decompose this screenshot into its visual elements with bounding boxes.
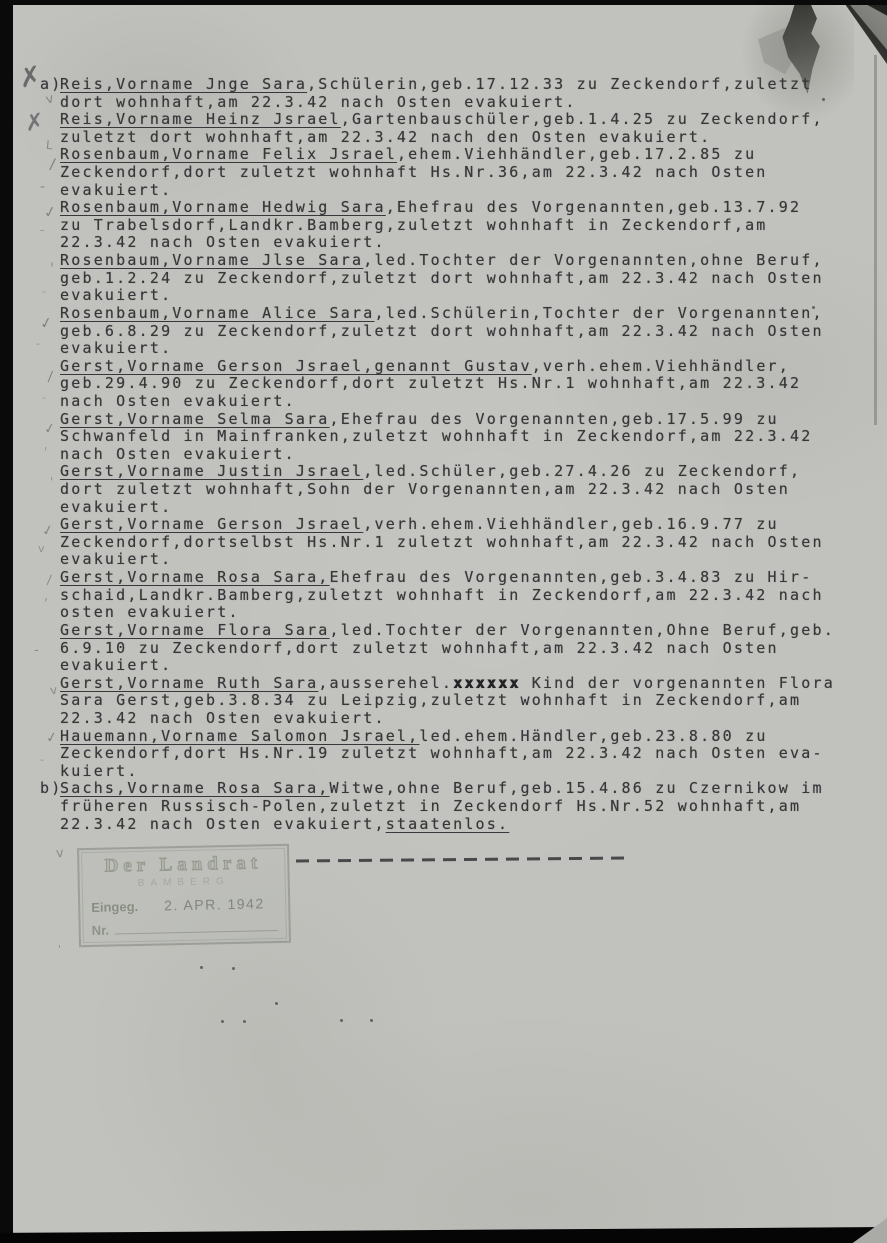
underlined-name: Rosenbaum,Vorname Jlse Sara xyxy=(60,251,363,269)
pencil-mark: - xyxy=(40,180,45,194)
stamp-received-date: 2. APR. 1942 xyxy=(164,895,265,913)
ink-speck xyxy=(812,306,815,309)
ink-speck xyxy=(200,966,203,969)
typed-text-segment: zu Trabelsdorf,Landkr.Bamberg,zuletzt wo… xyxy=(60,216,768,234)
typed-line: Hauemann,Vorname Salomon Jsrael,led.ehem… xyxy=(60,728,860,746)
typed-text-segment: Sara Gerst,geb.3.8.34 zu Leipzig,zuletzt… xyxy=(60,691,801,709)
typed-text-segment: ,Gartenbauschüler,geb.1.4.25 zu Zeckendo… xyxy=(341,110,824,128)
pencil-mark: ' xyxy=(44,446,47,458)
typed-line: evakuiert. xyxy=(60,182,860,200)
typed-text-segment: ,led.Tochter der Vorgenannten,ohne Beruf… xyxy=(363,251,823,269)
typed-text-segment: nach Osten evakuiert. xyxy=(60,392,296,410)
typed-line: Rosenbaum,Vorname Jlse Sara,led.Tochter … xyxy=(60,252,860,270)
pencil-mark: L xyxy=(45,139,53,152)
underlined-name: Gerst,Vorname Flora Sara xyxy=(60,621,330,639)
pencil-mark: ' xyxy=(50,476,53,488)
pencil-mark: v xyxy=(44,92,55,107)
typed-text-segment: led.ehem.Händler,geb.23.8.80 zu xyxy=(419,727,767,745)
typed-text-segment: Schwanfeld in Mainfranken,zuletzt wohnha… xyxy=(60,427,812,445)
typed-line: früheren Russisch-Polen,zuletzt in Zecke… xyxy=(60,798,860,816)
pencil-mark: - xyxy=(40,224,44,236)
typed-line: Reis,Vorname Heinz Jsrael,Gartenbauschül… xyxy=(60,111,860,129)
typed-line: dort zuletzt wohnhaft,Sohn der Vorgenann… xyxy=(60,481,860,499)
typed-text-segment: evakuiert. xyxy=(60,498,172,516)
typed-text-segment: dort wohnhaft,am 22.3.42 nach Osten evak… xyxy=(60,93,577,111)
typed-text-segment: ,Schülerin,geb.17.12.33 zu Zeckendorf,zu… xyxy=(307,75,812,93)
typed-text-segment: xxxxxx xyxy=(453,674,520,692)
typed-text-segment: evakuiert. xyxy=(60,181,172,199)
typed-text-segment: dort zuletzt wohnhaft,Sohn der Vorgenann… xyxy=(60,480,790,498)
scanned-document-page: a)Reis,Vorname Jnge Sara,Schülerin,geb.1… xyxy=(0,0,887,1243)
pencil-mark: ✓ xyxy=(43,421,57,437)
pencil-mark: v xyxy=(55,847,64,861)
typed-line: evakuiert. xyxy=(60,657,860,675)
underlined-name: Gerst,Vorname Gerson Jsrael xyxy=(60,515,363,533)
typed-line: Gerst,Vorname Justin Jsrael,led.Schüler,… xyxy=(60,463,860,481)
typed-line: 22.3.42 nach Osten evakuiert,staatenlos. xyxy=(60,816,860,834)
underlined-name: Reis,Vorname Jnge Sara xyxy=(60,75,307,93)
typed-line: geb.29.4.90 zu Zeckendorf,dort zuletzt H… xyxy=(60,375,860,393)
ink-speck xyxy=(275,1002,278,1005)
pencil-mark: ✓ xyxy=(43,204,58,221)
entry-label: b) xyxy=(40,780,62,798)
typed-text-segment: evakuiert. xyxy=(60,286,172,304)
typed-line: Zeckendorf,dort Hs.Nr.19 zuletzt wohnhaf… xyxy=(60,745,860,763)
typed-line: Sara Gerst,geb.3.8.34 zu Leipzig,zuletzt… xyxy=(60,692,860,710)
typed-text-segment: ,Ehefrau des Vorgenannten,geb.13.7.92 xyxy=(386,198,802,216)
typed-line: geb.6.8.29 zu Zeckendorf,zuletzt dort wo… xyxy=(60,323,860,341)
typed-text-segment: ,led.Tochter der Vorgenannten,Ohne Beruf… xyxy=(330,621,835,639)
pencil-mark: - xyxy=(42,286,46,297)
typed-text-segment: ,verh.ehem.Viehhändler, xyxy=(532,357,790,375)
pencil-mark: ' xyxy=(50,262,54,276)
typed-line: Gerst,Vorname Ruth Sara,ausserehel.xxxxx… xyxy=(60,675,860,693)
typed-line: Schwanfeld in Mainfranken,zuletzt wohnha… xyxy=(60,428,860,446)
underlined-name: Gerst,Vorname Selma Sara xyxy=(60,410,330,428)
underlined-name: Rosenbaum,Vorname Alice Sara xyxy=(60,304,374,322)
ink-speck xyxy=(243,1020,246,1023)
ink-speck xyxy=(340,1019,343,1022)
typed-line: Zeckendorf,dortselbst Hs.Nr.1 zuletzt wo… xyxy=(60,534,860,552)
pencil-mark: - xyxy=(42,392,46,403)
ink-speck xyxy=(221,1020,224,1023)
dashed-rule xyxy=(296,857,626,863)
typed-text-segment: Witwe,ohne Beruf,geb.15.4.86 zu Czerniko… xyxy=(330,779,824,797)
underlined-name: Gerst,Vorname Justin Jsrael xyxy=(60,462,363,480)
typed-text-segment: Ehefrau des Vorgenannten,geb.3.4.83 zu H… xyxy=(330,568,813,586)
pencil-mark: / xyxy=(47,370,53,384)
typed-line: evakuiert. xyxy=(60,551,860,569)
underlined-name: Gerst,Vorname Gerson Jsrael,genannt Gust… xyxy=(60,357,532,375)
stamp-number-blank-line xyxy=(115,919,278,934)
underlined-name: Rosenbaum,Vorname Felix Jsrael xyxy=(60,145,397,163)
typed-line: 22.3.42 nach Osten evakuiert. xyxy=(60,234,860,252)
typed-line: Gerst,Vorname Selma Sara,Ehefrau des Vor… xyxy=(60,411,860,429)
underlined-name: Rosenbaum,Vorname Hedwig Sara xyxy=(60,198,386,216)
typed-line: dort wohnhaft,am 22.3.42 nach Osten evak… xyxy=(60,94,860,112)
receipt-stamp: Der Landrat BAMBERG Eingeg. 2. APR. 1942… xyxy=(77,844,291,947)
pencil-mark: , xyxy=(44,590,48,603)
typed-line: Gerst,Vorname Gerson Jsrael,genannt Gust… xyxy=(60,358,860,376)
typed-line: zuletzt dort wohnhaft,am 22.3.42 nach de… xyxy=(60,129,860,147)
pencil-mark: ✓ xyxy=(39,315,54,332)
typed-line: geb.1.2.24 zu Zeckendorf,zuletzt dort wo… xyxy=(60,270,860,288)
typed-line: 6.9.10 zu Zeckendorf,dort zuletzt wohnha… xyxy=(60,640,860,658)
typed-line: Gerst,Vorname Rosa Sara,Ehefrau des Vorg… xyxy=(60,569,860,587)
typed-line: evakuiert. xyxy=(60,340,860,358)
scan-edge-right xyxy=(874,55,877,425)
typed-line: 22.3.42 nach Osten evakuiert. xyxy=(60,710,860,728)
ink-speck xyxy=(822,98,825,101)
underlined-name: Gerst,Vorname Ruth Sara xyxy=(60,674,318,692)
pencil-mark: v xyxy=(49,684,58,697)
typed-text-segment: ,Ehefrau des Vorgenannten,geb.17.5.99 zu xyxy=(330,410,779,428)
typed-text-segment: schaid,Landkr.Bamberg,zuletzt wohnhaft i… xyxy=(60,586,824,604)
typed-text-segment: 22.3.42 nach Osten evakuiert. xyxy=(60,709,386,727)
stamp-received-label: Eingeg. xyxy=(91,899,138,915)
scan-edge-left xyxy=(0,0,13,1243)
pencil-mark: - xyxy=(36,338,40,349)
typed-line: Rosenbaum,Vorname Alice Sara,led.Schüler… xyxy=(60,305,860,323)
receipt-stamp-inner: Der Landrat BAMBERG Eingeg. 2. APR. 1942… xyxy=(81,848,287,943)
typed-text-segment: nach Osten evakuiert. xyxy=(60,445,296,463)
pencil-mark: ✗ xyxy=(23,111,45,136)
typed-text-segment: 22.3.42 nach Osten evakuiert, xyxy=(60,815,386,833)
pencil-mark: ✗ xyxy=(17,62,44,93)
stamp-authority-title: Der Landrat xyxy=(90,852,276,878)
typed-text-segment: ,verh.ehem.Viehhändler,geb.16.9.77 zu xyxy=(363,515,779,533)
typed-line: b)Sachs,Vorname Rosa Sara,Witwe,ohne Ber… xyxy=(60,780,860,798)
pencil-mark: ✓ xyxy=(45,730,59,746)
typed-line: Zeckendorf,dort zuletzt wohnhaft Hs.Nr.3… xyxy=(60,164,860,182)
typed-text-segment: geb.1.2.24 zu Zeckendorf,zuletzt dort wo… xyxy=(60,269,824,287)
typed-text-segment: evakuiert. xyxy=(60,339,172,357)
typed-text-segment: 22.3.42 nach Osten evakuiert. xyxy=(60,233,386,251)
typed-line: evakuiert. xyxy=(60,499,860,517)
typed-line: osten evakuiert. xyxy=(60,604,860,622)
typed-line: nach Osten evakuiert. xyxy=(60,393,860,411)
pencil-mark: / xyxy=(49,157,56,173)
typed-text-segment: ,ausserehel. xyxy=(318,674,453,692)
typed-text-segment: zuletzt dort wohnhaft,am 22.3.42 nach de… xyxy=(60,128,711,146)
underlined-name: staatenlos. xyxy=(386,815,510,833)
typed-line: kuiert. xyxy=(60,763,860,781)
underlined-name: Hauemann,Vorname Salomon Jsrael, xyxy=(60,727,419,745)
typed-line: Gerst,Vorname Gerson Jsrael,verh.ehem.Vi… xyxy=(60,516,860,534)
underlined-name: Reis,Vorname Heinz Jsrael xyxy=(60,110,341,128)
pencil-mark: - xyxy=(40,754,44,765)
typed-line: zu Trabelsdorf,Landkr.Bamberg,zuletzt wo… xyxy=(60,217,860,235)
pencil-mark: ' xyxy=(58,944,61,955)
typed-text-segment: kuiert. xyxy=(60,762,139,780)
typed-text-segment: ,ehem.Viehhändler,geb.17.2.85 zu xyxy=(397,145,756,163)
scan-edge-bottom xyxy=(0,1222,887,1243)
typed-text-segment: evakuiert. xyxy=(60,550,172,568)
typed-line: schaid,Landkr.Bamberg,zuletzt wohnhaft i… xyxy=(60,587,860,605)
typed-line: evakuiert. xyxy=(60,287,860,305)
typed-text-segment: geb.6.8.29 zu Zeckendorf,zuletzt dort wo… xyxy=(60,322,824,340)
typed-text-segment: osten evakuiert. xyxy=(60,603,240,621)
typed-text-segment: ,led.Schüler,geb.27.4.26 zu Zeckendorf, xyxy=(363,462,801,480)
typed-line: Gerst,Vorname Flora Sara,led.Tochter der… xyxy=(60,622,860,640)
typed-text-segment: ,led.Schülerin,Tochter der Vorgenannten, xyxy=(374,304,823,322)
typed-text-segment: evakuiert. xyxy=(60,656,172,674)
ink-speck xyxy=(370,1019,373,1022)
underlined-name: Gerst,Vorname Rosa Sara, xyxy=(60,568,330,586)
typed-text-segment: Kind der vorgenannten Flora xyxy=(520,674,834,692)
pencil-mark: v xyxy=(38,543,45,554)
typed-text-block: a)Reis,Vorname Jnge Sara,Schülerin,geb.1… xyxy=(60,76,860,833)
stamp-number-label: Nr. xyxy=(92,923,110,938)
typed-line: Rosenbaum,Vorname Hedwig Sara,Ehefrau de… xyxy=(60,199,860,217)
typed-text-segment: früheren Russisch-Polen,zuletzt in Zecke… xyxy=(60,797,801,815)
typed-text-segment: Zeckendorf,dortselbst Hs.Nr.1 zuletzt wo… xyxy=(60,533,824,551)
typed-text-segment: Zeckendorf,dort Hs.Nr.19 zuletzt wohnhaf… xyxy=(60,744,824,762)
pencil-mark: - xyxy=(34,644,39,657)
scan-edge-top xyxy=(0,0,887,5)
pencil-mark: ✓ xyxy=(41,523,55,539)
pencil-mark: / xyxy=(46,574,52,587)
typed-text-segment: Zeckendorf,dort zuletzt wohnhaft Hs.Nr.3… xyxy=(60,163,768,181)
typed-text-segment: 6.9.10 zu Zeckendorf,dort zuletzt wohnha… xyxy=(60,639,779,657)
underlined-name: Sachs,Vorname Rosa Sara, xyxy=(60,779,330,797)
typed-line: nach Osten evakuiert. xyxy=(60,446,860,464)
typed-line: a)Reis,Vorname Jnge Sara,Schülerin,geb.1… xyxy=(60,76,860,94)
ink-speck xyxy=(232,967,235,970)
typed-text-segment: geb.29.4.90 zu Zeckendorf,dort zuletzt H… xyxy=(60,374,801,392)
typed-line: Rosenbaum,Vorname Felix Jsrael,ehem.Vieh… xyxy=(60,146,860,164)
